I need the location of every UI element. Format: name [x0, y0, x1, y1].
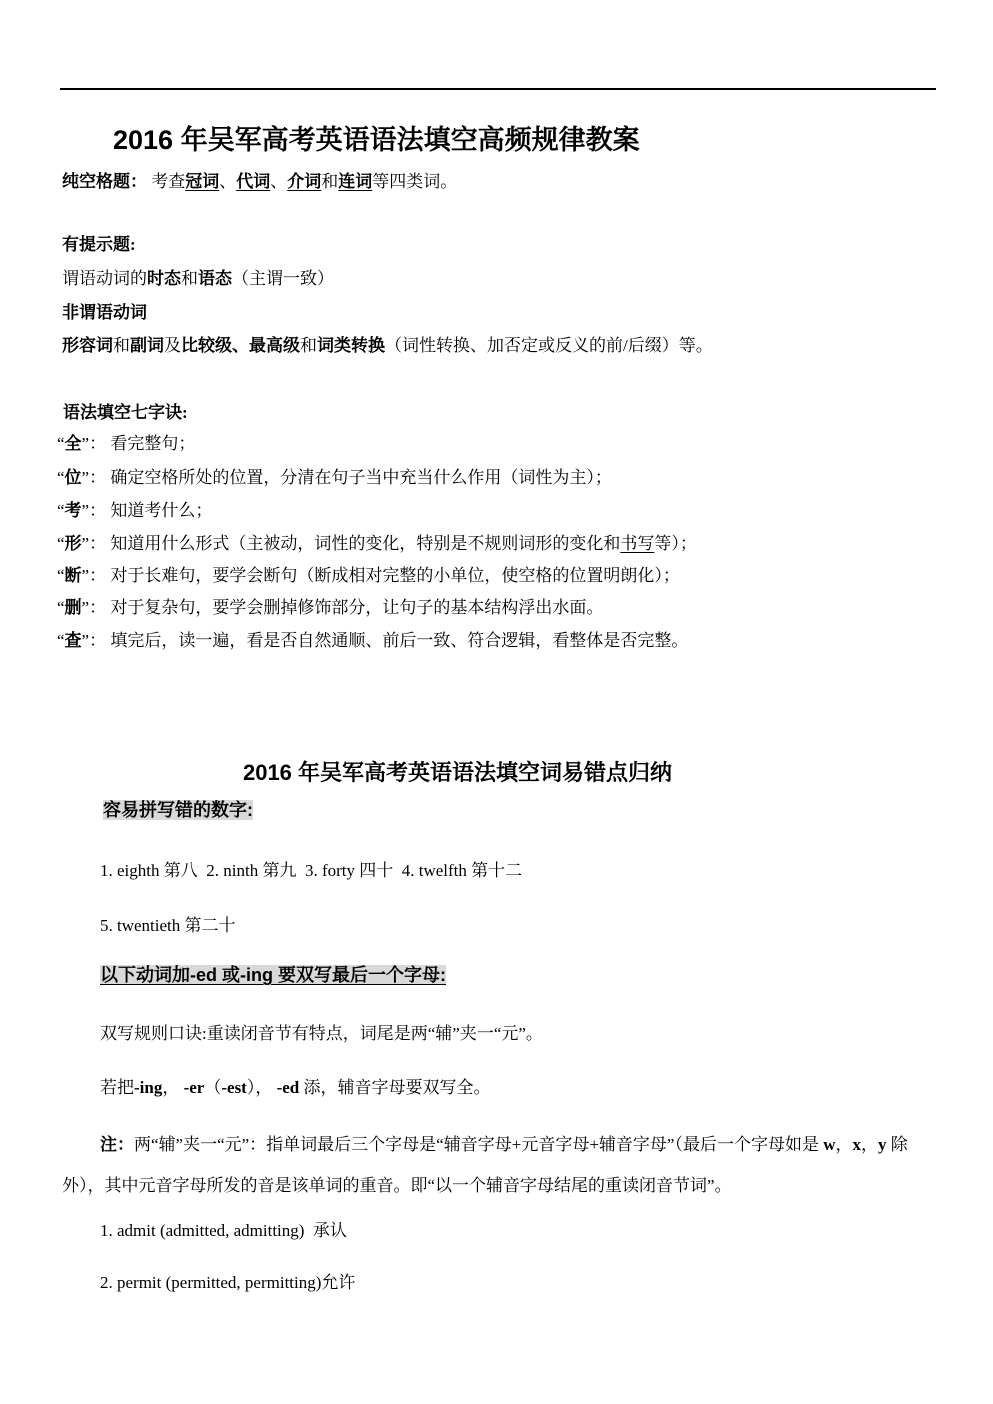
text-segment: 对于复杂句，要学会删掉修饰部分，让句子的基本结构浮出水面。: [110, 598, 603, 617]
text-segment: （: [204, 1078, 221, 1097]
text-segment: 考查: [147, 172, 185, 191]
text-segment: 和: [300, 336, 317, 355]
text-segment: ，: [162, 1078, 183, 1097]
paragraph-doubling-rhyme-line1: 双写规则口诀:重读闭音节有特点，词尾是两“辅”夹一“元”。: [100, 1022, 543, 1045]
paragraph-pure-blank-types: 纯空格题： 考查冠词、代词、介词和连词等四类词。: [62, 170, 457, 193]
section-title-error-prone-words: 2016 年吴军高考英语语法填空词易错点归纳: [0, 756, 915, 787]
text-segment: 介词: [287, 172, 321, 191]
text-segment: -est: [221, 1078, 246, 1097]
paragraph-doubling-rhyme-line2: 若把-ing， -er（-est）， -ed 添，辅音字母要双写全。: [100, 1076, 491, 1099]
heading-hint-questions: 有提示题:: [62, 233, 136, 256]
text-segment: （主谓一致）: [232, 269, 334, 288]
text-segment: ”：: [82, 434, 111, 453]
formula-item-duan: “断”： 对于长难句，要学会断句（断成相对完整的小单位，使空格的位置明朗化）；: [57, 564, 680, 587]
text-segment: “: [57, 534, 65, 553]
heading-double-final-letter: 以下动词加-ed 或-ing 要双写最后一个字母:: [100, 964, 446, 987]
text-segment: x: [852, 1135, 861, 1154]
text-segment: 比较级、最高级: [181, 336, 300, 355]
text-segment: ”：: [82, 534, 111, 553]
text-segment: ”：: [82, 468, 111, 487]
formula-item-xing: “形”： 知道用什么形式（主被动，词性的变化，特别是不规则词形的变化和书写等）；: [57, 532, 697, 555]
text-segment: 词类转换: [317, 336, 385, 355]
paragraph-adjective-adverb: 形容词和副词及比较级、最高级和词类转换（词性转换、加否定或反义的前/后缀）等。: [62, 334, 713, 357]
text-segment: 2. permit (permitted, permitting)允许: [100, 1273, 355, 1292]
text-segment: 及: [164, 336, 181, 355]
text-segment: 删: [65, 598, 82, 617]
text-segment: 查: [65, 631, 82, 650]
text-segment: 5. twentieth 第二十: [100, 916, 236, 935]
text-segment: 添，辅音字母要双写全。: [299, 1078, 490, 1097]
text-segment: 副词: [130, 336, 164, 355]
text-segment: 填完后，读一遍，看是否自然通顺、前后一致、符合逻辑，看整体是否完整。: [110, 631, 688, 650]
text-segment: ，: [835, 1135, 852, 1154]
text-segment: 位: [65, 468, 82, 487]
text-segment: 知道用什么形式（主被动，词性的变化，特别是不规则词形的变化和: [110, 534, 620, 553]
text-segment: 容易拼写错的数字:: [103, 800, 253, 820]
text-segment: 代词: [236, 172, 270, 191]
page-title: 2016 年吴军高考英语语法填空高频规律教案: [113, 118, 640, 157]
text-segment: ”：: [82, 631, 111, 650]
text-segment: “: [57, 468, 65, 487]
text-segment: 考: [65, 501, 82, 520]
text-segment: 对于长难句，要学会断句（断成相对完整的小单位，使空格的位置明朗化）；: [110, 566, 680, 585]
list-item-admit: 1. admit (admitted, admitting) 承认: [100, 1219, 347, 1242]
text-segment: 书写: [620, 534, 654, 553]
formula-item-shan: “删”： 对于复杂句，要学会删掉修饰部分，让句子的基本结构浮出水面。: [57, 596, 603, 619]
text-segment: 看完整句；: [110, 434, 195, 453]
list-numbers-line1: 1. eighth 第八 2. ninth 第九 3. forty 四十 4. …: [100, 859, 522, 882]
text-segment: 非谓语动词: [62, 303, 147, 322]
text-segment: 确定空格所处的位置，分清在句子当中充当什么作用（词性为主）；: [110, 468, 612, 487]
text-segment: 连词: [338, 172, 372, 191]
text-segment: 、: [270, 172, 287, 191]
formula-item-kao: “考”： 知道考什么；: [57, 499, 212, 522]
text-segment: “: [57, 598, 65, 617]
formula-item-cha: “查”： 填完后，读一遍，看是否自然通顺、前后一致、符合逻辑，看整体是否完整。: [57, 629, 688, 652]
text-segment: 语法填空七字诀:: [63, 403, 188, 422]
text-segment: 纯空格题：: [62, 172, 147, 191]
text-segment: 时态: [147, 269, 181, 288]
text-segment: ”：: [82, 598, 111, 617]
text-segment: （词性转换、加否定或反义的前/后缀）等。: [385, 336, 713, 355]
list-numbers-line2: 5. twentieth 第二十: [100, 914, 236, 937]
text-segment: 和: [181, 269, 198, 288]
text-segment: 1. eighth 第八 2. ninth 第九 3. forty 四十 4. …: [100, 861, 522, 880]
text-segment: 冠词: [185, 172, 219, 191]
paragraph-nonpredicate-verb: 非谓语动词: [62, 301, 147, 324]
text-segment: 形容词: [62, 336, 113, 355]
text-segment: 全: [65, 434, 82, 453]
text-segment: “: [57, 501, 65, 520]
text-segment: ”：: [82, 566, 111, 585]
text-segment: 和: [321, 172, 338, 191]
text-segment: 知道考什么；: [110, 501, 212, 520]
text-segment: 双写规则口诀:重读闭音节有特点，词尾是两“辅”夹一“元”。: [100, 1024, 543, 1043]
text-segment: “: [57, 566, 65, 585]
text-segment: “: [57, 434, 65, 453]
text-segment: ），: [247, 1078, 277, 1097]
text-segment: 注：: [100, 1135, 134, 1154]
paragraph-predicate-verb: 谓语动词的时态和语态（主谓一致）: [62, 267, 334, 290]
text-segment: 1. admit (admitted, admitting) 承认: [100, 1221, 347, 1240]
text-segment: w: [823, 1135, 835, 1154]
heading-misspelled-numbers: 容易拼写错的数字:: [103, 799, 253, 822]
text-segment: 以下动词加-ed 或-ing 要双写最后一个字母:: [100, 965, 446, 985]
heading-seven-character-formula: 语法填空七字诀:: [63, 401, 188, 424]
text-segment: 等）；: [654, 534, 697, 553]
text-segment: ”：: [82, 501, 111, 520]
text-segment: 、: [219, 172, 236, 191]
text-segment: ，: [861, 1135, 878, 1154]
text-segment: 等四类词。: [372, 172, 457, 191]
text-segment: -ing: [134, 1078, 162, 1097]
formula-item-wei: “位”： 确定空格所处的位置，分清在句子当中充当什么作用（词性为主）；: [57, 466, 612, 489]
paragraph-note-definition: 注：两“辅”夹一“元”：指单词最后三个字母是“辅音字母+元音字母+辅音字母”（最…: [62, 1124, 936, 1206]
text-segment: “: [57, 631, 65, 650]
text-segment: 两“辅”夹一“元”：指单词最后三个字母是“辅音字母+元音字母+辅音字母”（最后一…: [134, 1135, 823, 1154]
text-segment: 和: [113, 336, 130, 355]
text-segment: 语态: [198, 269, 232, 288]
text-segment: 有提示题:: [62, 235, 136, 254]
text-segment: -ed: [277, 1078, 300, 1097]
document-page: 2016 年吴军高考英语语法填空高频规律教案 纯空格题： 考查冠词、代词、介词和…: [0, 0, 993, 1404]
formula-item-quan: “全”： 看完整句；: [57, 432, 195, 455]
text-segment: 形: [65, 534, 82, 553]
list-item-permit: 2. permit (permitted, permitting)允许: [100, 1271, 355, 1294]
text-segment: -er: [184, 1078, 205, 1097]
text-segment: 谓语动词的: [62, 269, 147, 288]
text-segment: 断: [65, 566, 82, 585]
text-segment: 若把: [100, 1078, 134, 1097]
header-divider: [60, 88, 936, 90]
